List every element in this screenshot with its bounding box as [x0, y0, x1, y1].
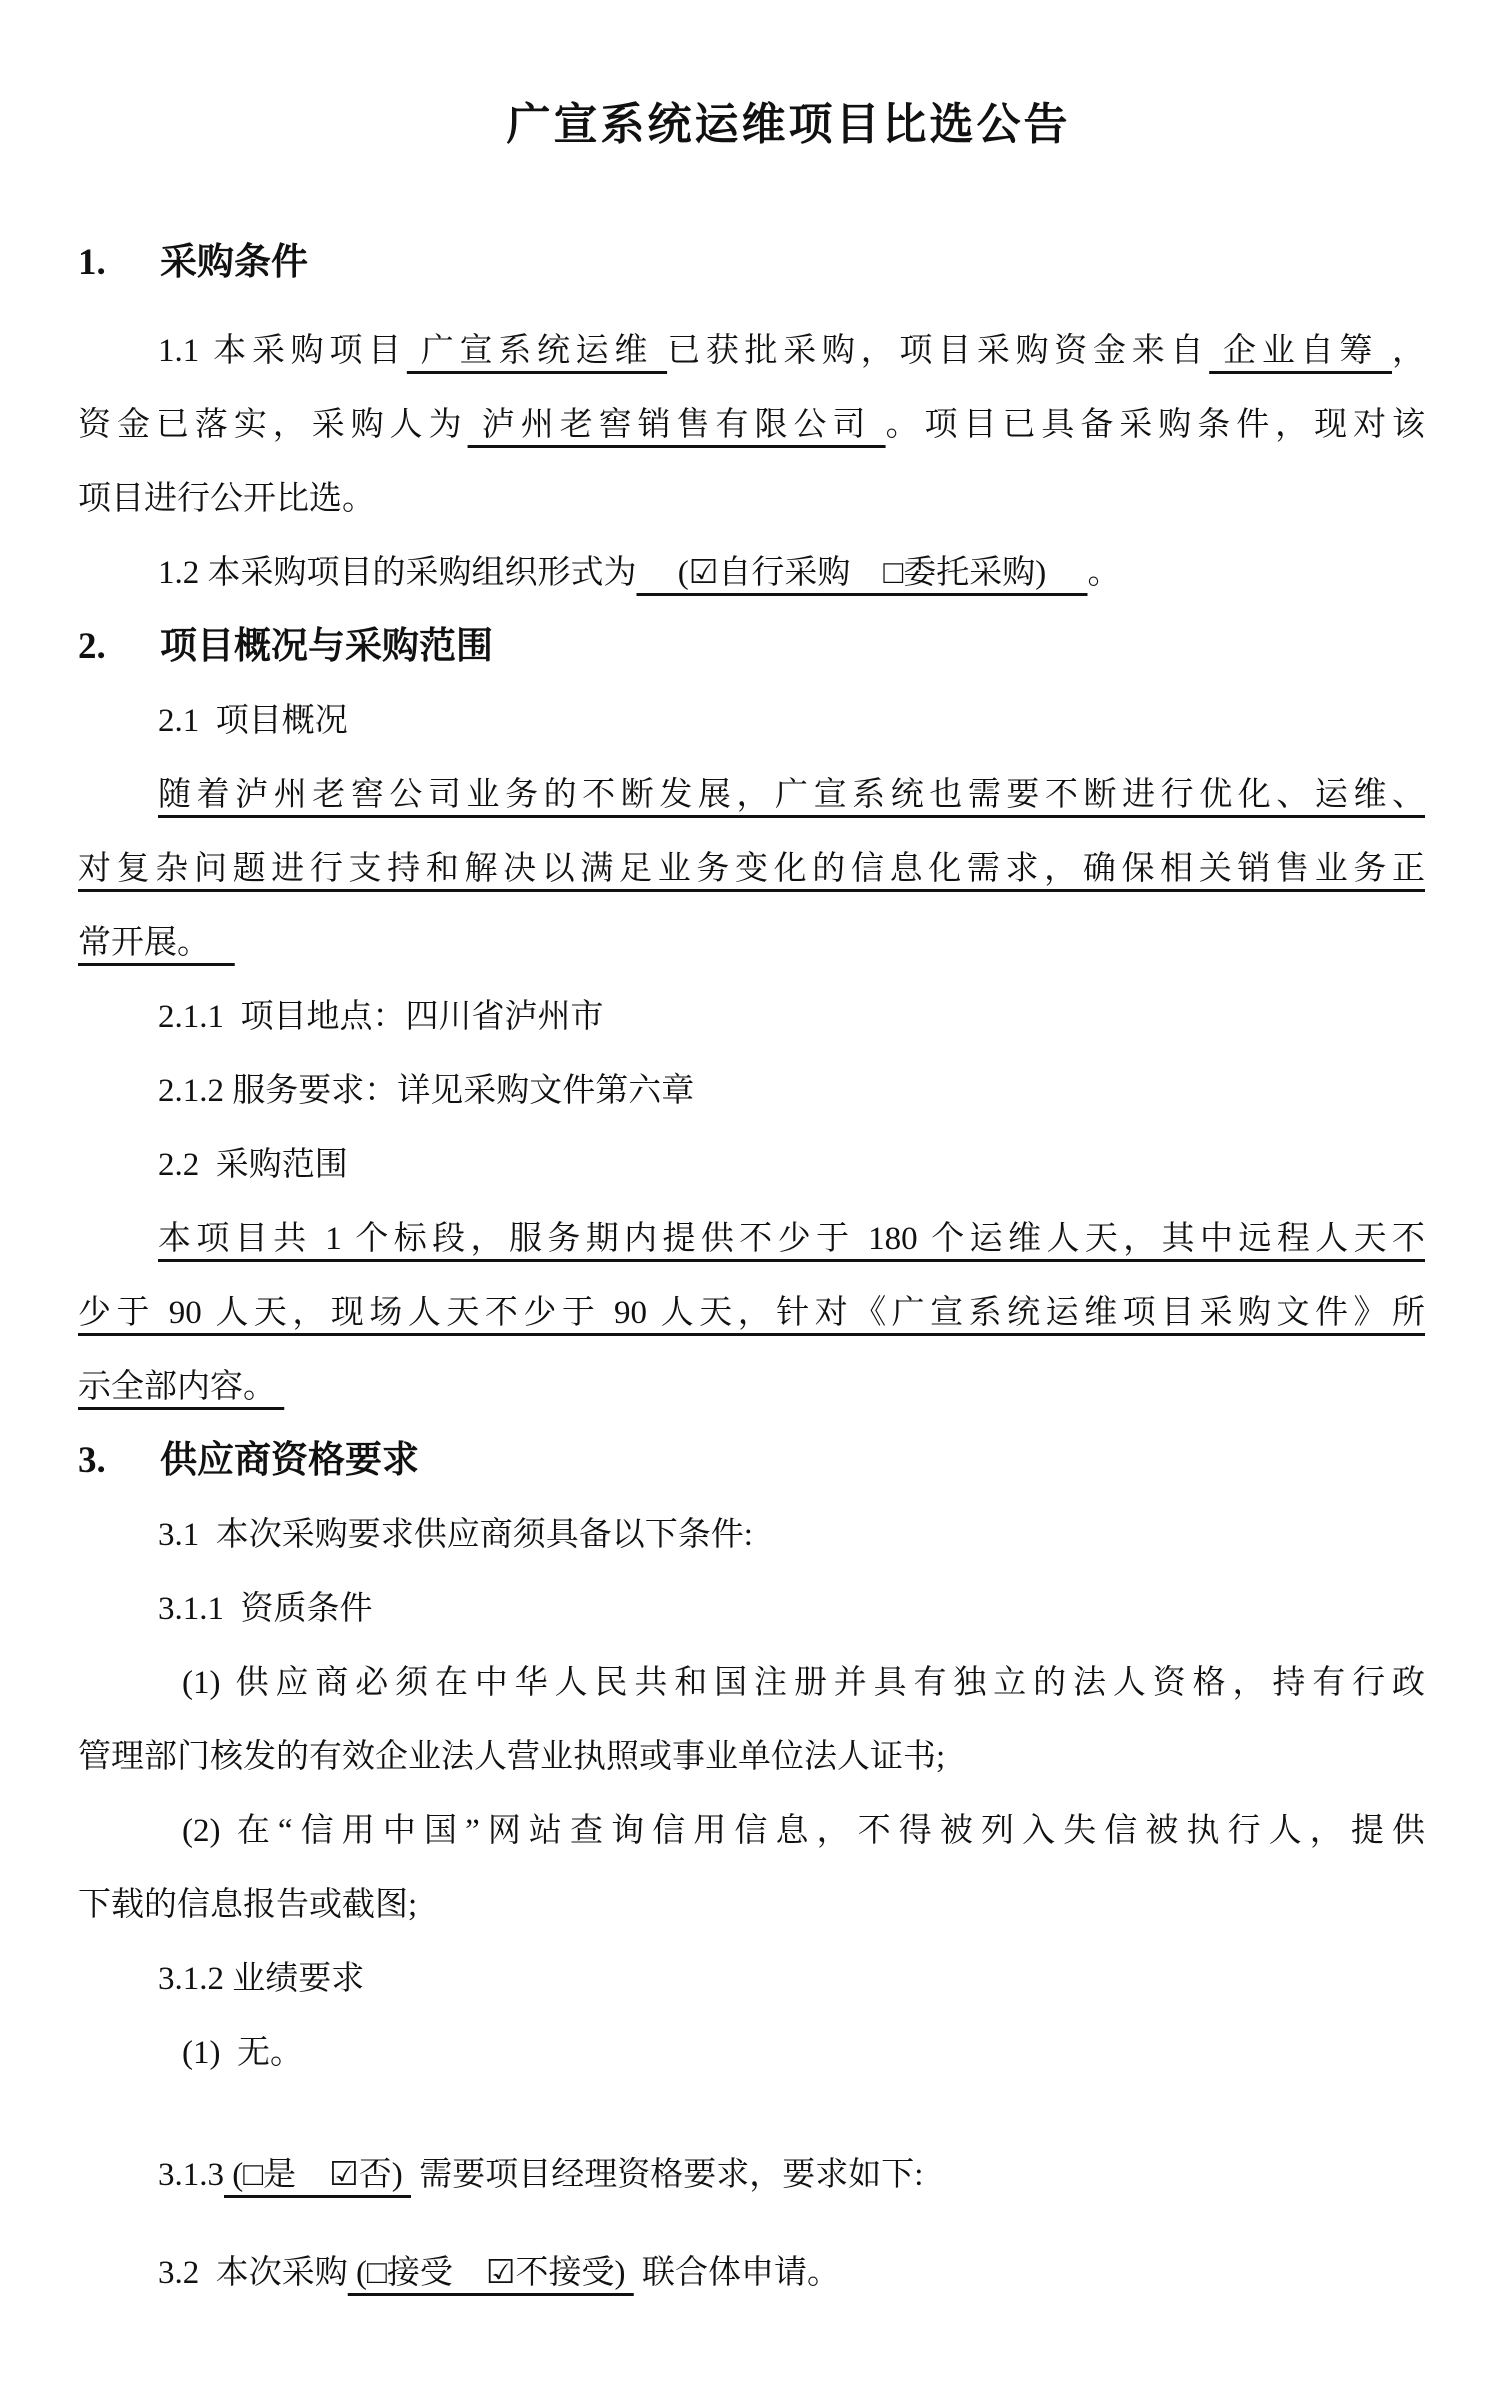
document-title: 广宣系统运维项目比选公告	[78, 88, 1425, 162]
clause-3-1-line-text: 3.1 本次采购要求供应商须具备以下条件:	[158, 1517, 753, 1553]
clause-1-2-line: 1.2 本采购项目的采购组织形式为 (☑自行采购 □委托采购) 。	[78, 536, 1425, 610]
clause-1-1-line-1-underlined-text: 企业自筹	[1209, 333, 1392, 369]
clause-3-2-line-text: 3.2 本次采购	[158, 2255, 348, 2291]
clause-3-2-line: 3.2 本次采购 (□接受 ☑不接受) 联合体申请。	[78, 2236, 1425, 2310]
clause-2-1-heading: 2.1 项目概况	[78, 684, 1425, 758]
clause-1-1-line-2: 资金已落实，采购人为 泸州老窖销售有限公司 。项目已具备采购条件，现对该	[78, 388, 1425, 462]
qualification-item-2-line-1: (2) 在“信用中国”网站查询信用信息，不得被列入失信被执行人，提供	[78, 1794, 1425, 1868]
section-2-heading-text: 项目概况与采购范围	[160, 626, 493, 667]
clause-3-1-3-line-text: 3.1.3	[158, 2157, 224, 2193]
overview-paragraph-line-2: 对复杂问题进行支持和解决以满足业务变化的信息化需求，确保相关销售业务正	[78, 832, 1425, 906]
qualification-item-2-line-2-text: 下载的信息报告或截图;	[78, 1887, 417, 1923]
clause-2-1-2-line: 2.1.2 服务要求：详见采购文件第六章	[78, 1054, 1425, 1128]
clause-1-1-line-1-text: ，	[1392, 333, 1425, 369]
scope-paragraph-line-3: 示全部内容。	[78, 1350, 1425, 1424]
clause-3-1-1-heading-text: 3.1.1 资质条件	[158, 1591, 373, 1627]
performance-item-1-line: (1) 无。	[78, 2016, 1425, 2090]
clause-1-1-line-1-text: 1.1 本采购项目	[158, 333, 407, 369]
section-2-heading: 2.项目概况与采购范围	[78, 610, 1425, 684]
clause-1-1-line-2-text: 。项目已具备采购条件，现对该	[886, 407, 1425, 443]
clause-2-2-heading: 2.2 采购范围	[78, 1128, 1425, 1202]
section-3-heading-number: 3.	[78, 1424, 160, 1498]
clause-3-1-3-line-underlined-text: (□是 ☑否)	[224, 2157, 411, 2193]
overview-paragraph-line-1: 随着泸州老窖公司业务的不断发展，广宣系统也需要不断进行优化、运维、	[78, 758, 1425, 832]
clause-3-1-3-line-text: 需要项目经理资格要求，要求如下:	[411, 2157, 923, 2193]
section-2-heading-number: 2.	[78, 610, 160, 684]
clause-3-1-1-heading: 3.1.1 资质条件	[78, 1572, 1425, 1646]
scope-paragraph-line-3-underlined-text: 示全部内容。	[78, 1369, 284, 1405]
clause-3-2-line-text: 联合体申请。	[634, 2255, 840, 2291]
clause-1-1-line-1: 1.1 本采购项目 广宣系统运维 已获批采购，项目采购资金来自 企业自筹 ，	[78, 314, 1425, 388]
clause-2-1-heading-text: 2.1 项目概况	[158, 703, 348, 739]
scope-paragraph-line-1-underlined-text: 本项目共 1 个标段，服务期内提供不少于 180 个运维人天，其中远程人天不	[158, 1221, 1425, 1257]
document-page: 广宣系统运维项目比选公告 1.采购条件1.1 本采购项目 广宣系统运维 已获批采…	[0, 0, 1500, 2392]
overview-paragraph-line-2-underlined-text: 对复杂问题进行支持和解决以满足业务变化的信息化需求，确保相关销售业务正	[78, 851, 1425, 887]
qualification-item-1-line-1-text: (1) 供应商必须在中华人民共和国注册并具有独立的法人资格，持有行政	[182, 1665, 1425, 1701]
clause-3-2-line-underlined-text: (□接受 ☑不接受)	[348, 2255, 634, 2291]
overview-paragraph-line-3-underlined-text: 常开展。	[78, 925, 235, 961]
qualification-item-1-line-1: (1) 供应商必须在中华人民共和国注册并具有独立的法人资格，持有行政	[78, 1646, 1425, 1720]
section-1-heading-number: 1.	[78, 226, 160, 300]
overview-paragraph-line-1-underlined-text: 随着泸州老窖公司业务的不断发展，广宣系统也需要不断进行优化、运维、	[158, 777, 1425, 813]
qualification-item-2-line-2: 下载的信息报告或截图;	[78, 1868, 1425, 1942]
clause-3-1-2-heading: 3.1.2 业绩要求	[78, 1942, 1425, 2016]
qualification-item-2-line-1-text: (2) 在“信用中国”网站查询信用信息，不得被列入失信被执行人，提供	[182, 1813, 1425, 1849]
clause-1-2-line-underlined-text: (☑自行采购 □委托采购)	[637, 555, 1088, 591]
section-1-heading-text: 采购条件	[160, 242, 308, 283]
clause-3-1-3-line: 3.1.3 (□是 ☑否) 需要项目经理资格要求，要求如下:	[78, 2138, 1425, 2212]
clause-1-2-line-text: 。	[1088, 555, 1121, 591]
clause-1-2-line-text: 1.2 本采购项目的采购组织形式为	[158, 555, 637, 591]
section-3-heading: 3.供应商资格要求	[78, 1424, 1425, 1498]
clause-3-1-line: 3.1 本次采购要求供应商须具备以下条件:	[78, 1498, 1425, 1572]
scope-paragraph-line-1: 本项目共 1 个标段，服务期内提供不少于 180 个运维人天，其中远程人天不	[78, 1202, 1425, 1276]
scope-paragraph-line-2: 少于 90 人天，现场人天不少于 90 人天，针对《广宣系统运维项目采购文件》所	[78, 1276, 1425, 1350]
clause-2-1-2-line-text: 2.1.2 服务要求：详见采购文件第六章	[158, 1073, 694, 1109]
clause-1-1-line-3-text: 项目进行公开比选。	[78, 481, 375, 517]
overview-paragraph-line-3: 常开展。	[78, 906, 1425, 980]
clause-2-1-1-line: 2.1.1 项目地点：四川省泸州市	[78, 980, 1425, 1054]
clause-1-1-line-1-text: 已获批采购，项目采购资金来自	[667, 333, 1209, 369]
performance-item-1-line-text: (1) 无。	[182, 2035, 303, 2071]
clause-3-1-2-heading-text: 3.1.2 业绩要求	[158, 1961, 364, 1997]
scope-paragraph-line-2-underlined-text: 少于 90 人天，现场人天不少于 90 人天，针对《广宣系统运维项目采购文件》所	[78, 1295, 1425, 1331]
qualification-item-1-line-2-text: 管理部门核发的有效企业法人营业执照或事业单位法人证书;	[78, 1739, 945, 1775]
document-body: 1.采购条件1.1 本采购项目 广宣系统运维 已获批采购，项目采购资金来自 企业…	[78, 226, 1425, 2310]
clause-1-1-line-1-underlined-text: 广宣系统运维	[407, 333, 667, 369]
clause-1-1-line-3: 项目进行公开比选。	[78, 462, 1425, 536]
section-1-heading: 1.采购条件	[78, 226, 1425, 300]
clause-2-1-1-line-text: 2.1.1 项目地点：四川省泸州市	[158, 999, 604, 1035]
clause-1-1-line-2-underlined-text: 泸州老窖销售有限公司	[468, 407, 886, 443]
clause-2-2-heading-text: 2.2 采购范围	[158, 1147, 348, 1183]
qualification-item-1-line-2: 管理部门核发的有效企业法人营业执照或事业单位法人证书;	[78, 1720, 1425, 1794]
clause-1-1-line-2-text: 资金已落实，采购人为	[78, 407, 468, 443]
section-3-heading-text: 供应商资格要求	[160, 1440, 419, 1481]
